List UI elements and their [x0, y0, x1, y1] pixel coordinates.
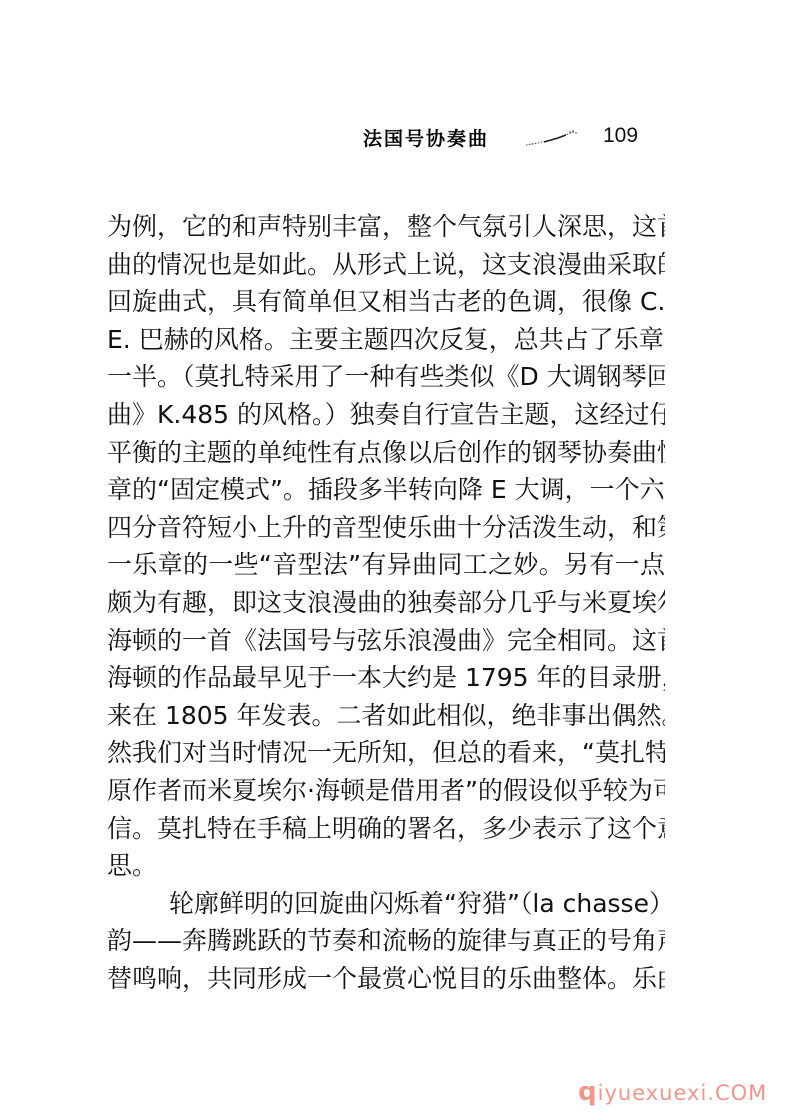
- text-line: 原作者而米夏埃尔·海顿是借用者”的假设似乎较为可: [107, 772, 665, 810]
- text-line: 为例，它的和声特别丰富，整个气氛引人深思，这首乐: [107, 208, 665, 246]
- text-line: 替鸣响，共同形成一个最赏心悦目的乐曲整体。乐曲丰: [107, 960, 665, 998]
- site-watermark: qiyuexuexi.COM: [578, 1077, 767, 1107]
- text-line: 海顿的一首《法国号与弦乐浪漫曲》完全相同。这首: [107, 622, 665, 660]
- running-title: 法国号协奏曲: [363, 124, 489, 151]
- body-text: 为例，它的和声特别丰富，整个气氛引人深思，这首乐 曲的情况也是如此。从形式上说，…: [107, 208, 665, 997]
- text-line: 信。莫扎特在手稿上明确的署名，多少表示了这个意: [107, 810, 665, 848]
- text-line: 一乐章的一些“音型法”有异曲同工之妙。另有一点: [107, 546, 665, 584]
- text-line: 思。: [107, 847, 665, 885]
- text-line: 回旋曲式，具有简单但又相当古老的色调，很像 C. P.: [107, 283, 665, 321]
- watermark-text: iyuexuexi.COM: [598, 1081, 768, 1105]
- paragraph-1: 为例，它的和声特别丰富，整个气氛引人深思，这首乐 曲的情况也是如此。从形式上说，…: [107, 208, 665, 885]
- watermark-logo-letter: q: [578, 1077, 598, 1107]
- text-line: 轮廓鲜明的回旋曲闪烁着“狩猎”（la chasse）的神: [107, 885, 665, 923]
- text-line: 曲的情况也是如此。从形式上说，这支浪漫曲采取的是: [107, 246, 665, 284]
- text-line: 来在 1805 年发表。二者如此相似，绝非事出偶然。虽: [107, 697, 665, 735]
- text-line: 四分音符短小上升的音型使乐曲十分活泼生动，和第: [107, 509, 665, 547]
- text-line: 曲》K.485 的风格。）独奏自行宣告主题，这经过仔细: [107, 396, 665, 434]
- text-line: 一半。（莫扎特采用了一种有些类似《D 大调钢琴回旋: [107, 358, 665, 396]
- text-line: 海顿的作品最早见于一本大约是 1795 年的目录册，后: [107, 659, 665, 697]
- text-line: 章的“固定模式”。插段多半转向降 E 大调，一个六十: [107, 471, 665, 509]
- text-line: 平衡的主题的单纯性有点像以后创作的钢琴协奏曲慢乐: [107, 434, 665, 472]
- text-line: 然我们对当时情况一无所知，但总的看来，“莫扎特是: [107, 734, 665, 772]
- text-line: 韵——奔腾跳跃的节奏和流畅的旋律与真正的号角声交: [107, 922, 665, 960]
- page-header: 法国号协奏曲 109: [0, 122, 794, 152]
- page-number: 109: [603, 124, 638, 148]
- flourish-ornament-icon: [524, 128, 584, 148]
- text-line: E. 巴赫的风格。主要主题四次反复，总共占了乐章的: [107, 321, 665, 359]
- paragraph-2: 轮廓鲜明的回旋曲闪烁着“狩猎”（la chasse）的神 韵——奔腾跳跃的节奏和…: [107, 885, 665, 998]
- text-line: 颇为有趣，即这支浪漫曲的独奏部分几乎与米夏埃尔·: [107, 584, 665, 622]
